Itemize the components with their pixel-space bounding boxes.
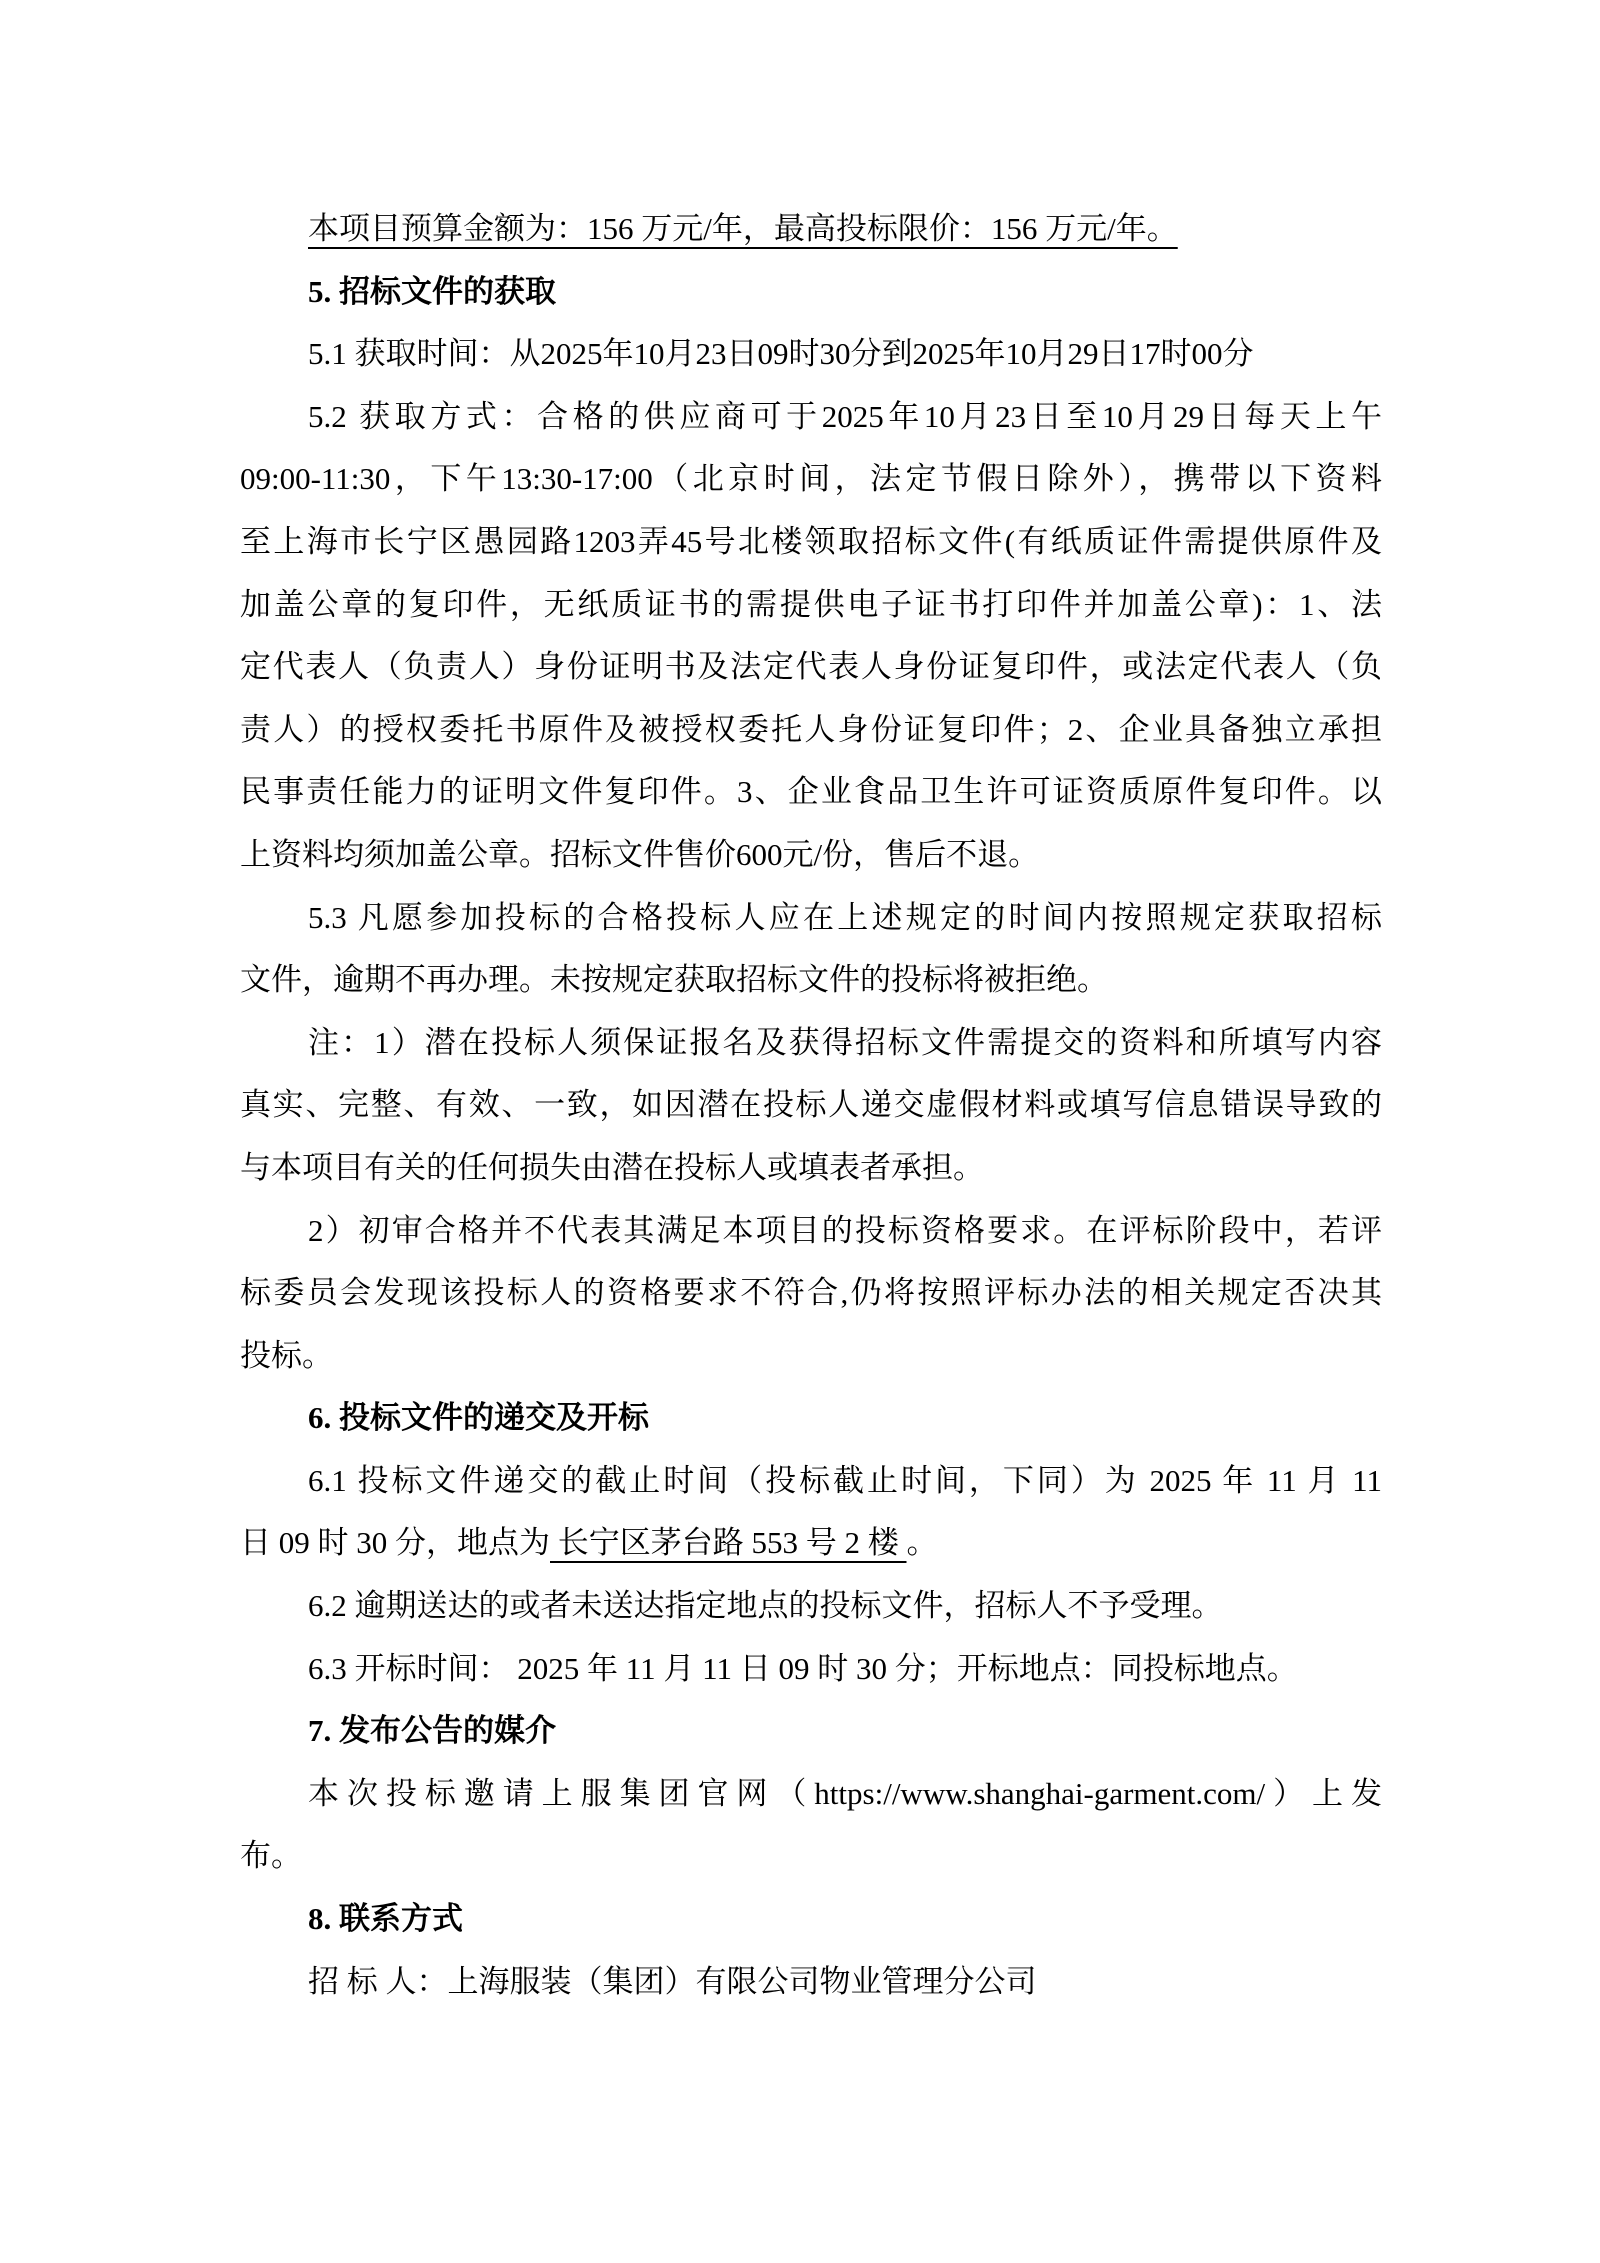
media-line-1: 本次投标邀请上服集团官网（https://www.shanghai-garmen… [240, 1763, 1382, 1826]
text-segment: 8. 联系方式 [308, 1901, 463, 1936]
clause-5-1: 5.1 获取时间：从2025年10月23日09时30分到2025年10月29日1… [240, 323, 1382, 386]
text-segment: 与本项目有关的任何损失由潜在投标人或填表者承担。 [240, 1150, 984, 1185]
clause-5-2-line-3: 至上海市长宁区愚园路1203弄45号北楼领取招标文件(有纸质证件需提供原件及 [240, 511, 1382, 574]
clause-5-3-line-1: 5.3 凡愿参加投标的合格投标人应在上述规定的时间内按照规定获取招标 [240, 887, 1382, 950]
text-segment: 定代表人（负责人）身份证明书及法定代表人身份证复印件，或法定代表人（负 [240, 649, 1382, 684]
text-segment: 招 标 人：上海服装（集团）有限公司物业管理分公司 [308, 1964, 1037, 1999]
budget-line: 本项目预算金额为：156 万元/年，最高投标限价：156 万元/年。 [240, 198, 1382, 261]
section-7-heading: 7. 发布公告的媒介 [240, 1700, 1382, 1763]
text-segment: 真实、完整、有效、一致，如因潜在投标人递交虚假材料或填写信息错误导致的 [240, 1087, 1382, 1122]
text-segment: 5. 招标文件的获取 [308, 274, 556, 309]
text-segment: 5.3 凡愿参加投标的合格投标人应在上述规定的时间内按照规定获取招标 [308, 900, 1382, 935]
note-2-line-1: 2）初审合格并不代表其满足本项目的投标资格要求。在评标阶段中，若评 [240, 1200, 1382, 1263]
text-segment: 上资料均须加盖公章。招标文件售价600元/份，售后不退。 [240, 837, 1039, 872]
text-segment: 6. 投标文件的递交及开标 [308, 1400, 649, 1435]
clause-5-2-line-8: 上资料均须加盖公章。招标文件售价600元/份，售后不退。 [240, 824, 1382, 887]
document-content: 本项目预算金额为：156 万元/年，最高投标限价：156 万元/年。5. 招标文… [240, 198, 1382, 2013]
note-2-line-3: 投标。 [240, 1325, 1382, 1388]
text-segment: 布。 [240, 1838, 302, 1873]
text-segment: 6.1 投标文件递交的截止时间（投标截止时间，下同）为 2025 年 11 月 … [308, 1463, 1382, 1498]
text-segment: 。 [907, 1525, 938, 1560]
note-1-line-3: 与本项目有关的任何损失由潜在投标人或填表者承担。 [240, 1137, 1382, 1200]
clause-6-1-line-1: 6.1 投标文件递交的截止时间（投标截止时间，下同）为 2025 年 11 月 … [240, 1450, 1382, 1513]
note-2-line-2: 标委员会发现该投标人的资格要求不符合,仍将按照评标办法的相关规定否决其 [240, 1262, 1382, 1325]
text-segment: 标委员会发现该投标人的资格要求不符合,仍将按照评标办法的相关规定否决其 [240, 1275, 1382, 1310]
note-1-line-2: 真实、完整、有效、一致，如因潜在投标人递交虚假材料或填写信息错误导致的 [240, 1074, 1382, 1137]
text-segment: 7. 发布公告的媒介 [308, 1713, 556, 1748]
text-segment: 本次投标邀请上服集团官网（https://www.shanghai-garmen… [308, 1776, 1382, 1811]
text-segment: 责人）的授权委托书原件及被授权委托人身份证复印件；2、企业具备独立承担 [240, 712, 1382, 747]
clause-5-3-line-2: 文件，逾期不再办理。未按规定获取招标文件的投标将被拒绝。 [240, 949, 1382, 1012]
clause-5-2-line-1: 5.2 获取方式：合格的供应商可于2025年10月23日至10月29日每天上午 [240, 386, 1382, 449]
clause-5-2-line-5: 定代表人（负责人）身份证明书及法定代表人身份证复印件，或法定代表人（负 [240, 636, 1382, 699]
text-segment: 09:00-11:30，下午13:30-17:00（北京时间，法定节假日除外），… [240, 461, 1382, 496]
clause-5-2-line-4: 加盖公章的复印件，无纸质证书的需提供电子证书打印件并加盖公章)：1、法 [240, 574, 1382, 637]
clause-5-2-line-7: 民事责任能力的证明文件复印件。3、企业食品卫生许可证资质原件复印件。以 [240, 761, 1382, 824]
clause-6-3: 6.3 开标时间： 2025 年 11 月 11 日 09 时 30 分；开标地… [240, 1638, 1382, 1701]
clause-5-2-line-2: 09:00-11:30，下午13:30-17:00（北京时间，法定节假日除外），… [240, 448, 1382, 511]
text-segment: 加盖公章的复印件，无纸质证书的需提供电子证书打印件并加盖公章)：1、法 [240, 587, 1382, 622]
section-5-heading: 5. 招标文件的获取 [240, 261, 1382, 324]
clause-6-2: 6.2 逾期送达的或者未送达指定地点的投标文件，招标人不予受理。 [240, 1575, 1382, 1638]
text-segment: 投标。 [240, 1338, 333, 1373]
section-8-heading: 8. 联系方式 [240, 1888, 1382, 1951]
clause-6-1-line-2: 日 09 时 30 分，地点为 长宁区茅台路 553 号 2 楼 。 [240, 1512, 1382, 1575]
tenderer-line: 招 标 人：上海服装（集团）有限公司物业管理分公司 [240, 1951, 1382, 2014]
text-segment: 6.3 开标时间： 2025 年 11 月 11 日 09 时 30 分；开标地… [308, 1651, 1298, 1686]
text-segment: 2）初审合格并不代表其满足本项目的投标资格要求。在评标阶段中，若评 [308, 1213, 1382, 1248]
text-segment: 文件，逾期不再办理。未按规定获取招标文件的投标将被拒绝。 [240, 962, 1108, 997]
underlined-text: 长宁区茅台路 553 号 2 楼 [550, 1525, 907, 1560]
text-segment: 6.2 逾期送达的或者未送达指定地点的投标文件，招标人不予受理。 [308, 1588, 1223, 1623]
underlined-text: 本项目预算金额为：156 万元/年，最高投标限价：156 万元/年。 [308, 211, 1178, 246]
media-line-2: 布。 [240, 1825, 1382, 1888]
text-segment: 5.2 获取方式：合格的供应商可于2025年10月23日至10月29日每天上午 [308, 399, 1382, 434]
text-segment: 民事责任能力的证明文件复印件。3、企业食品卫生许可证资质原件复印件。以 [240, 774, 1382, 809]
text-segment: 5.1 获取时间：从2025年10月23日09时30分到2025年10月29日1… [308, 336, 1254, 371]
section-6-heading: 6. 投标文件的递交及开标 [240, 1387, 1382, 1450]
document-page: 本项目预算金额为：156 万元/年，最高投标限价：156 万元/年。5. 招标文… [0, 0, 1600, 2263]
text-segment: 日 09 时 30 分，地点为 [240, 1525, 550, 1560]
text-segment: 注：1）潜在投标人须保证报名及获得招标文件需提交的资料和所填写内容 [308, 1025, 1382, 1060]
clause-5-2-line-6: 责人）的授权委托书原件及被授权委托人身份证复印件；2、企业具备独立承担 [240, 699, 1382, 762]
note-1-line-1: 注：1）潜在投标人须保证报名及获得招标文件需提交的资料和所填写内容 [240, 1012, 1382, 1075]
text-segment: 至上海市长宁区愚园路1203弄45号北楼领取招标文件(有纸质证件需提供原件及 [240, 524, 1382, 559]
